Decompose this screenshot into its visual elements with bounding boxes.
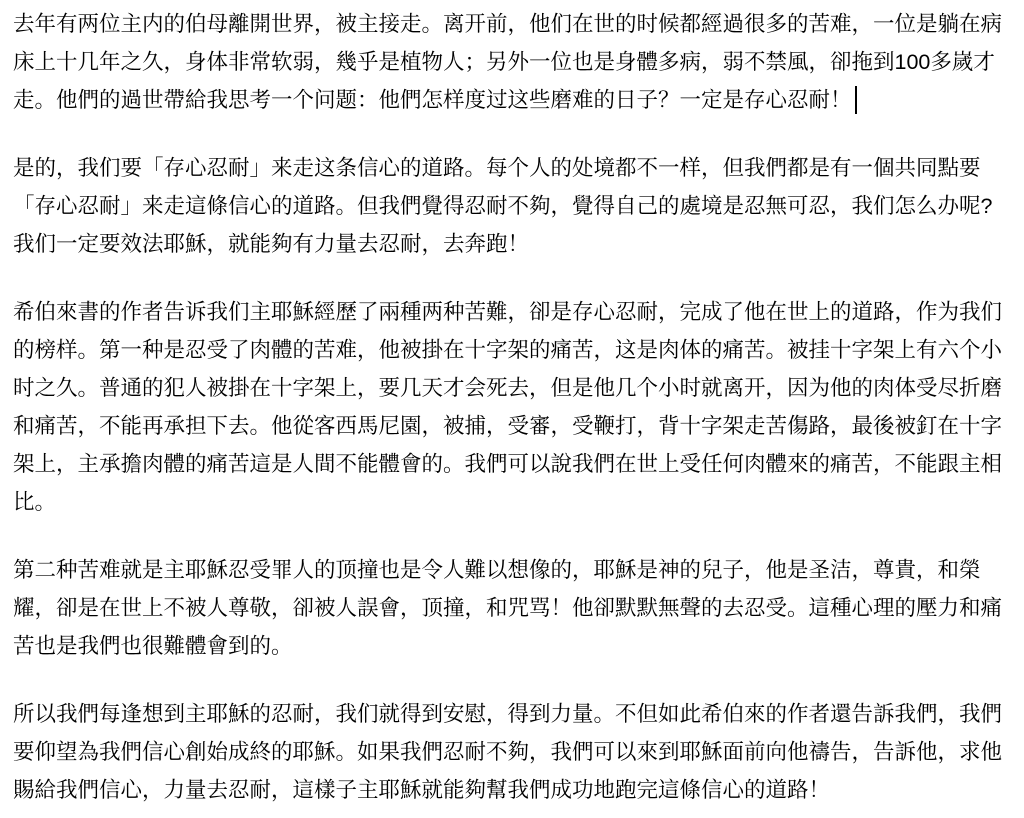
paragraph-2-text: 是的，我们要「存心忍耐」来走这条信心的道路。每个人的处境都不一样，但我們都是有一… [13, 156, 992, 256]
paragraph-4: 第二种苦难就是主耶穌忍受罪人的顶撞也是令人難以想像的，耶穌是神的兒子，他是圣洁，… [13, 551, 1008, 665]
paragraph-5: 所以我們每逢想到主耶穌的忍耐，我们就得到安慰，得到力量。不但如此希伯來的作者還告… [13, 695, 1008, 809]
document-body[interactable]: 去年有两位主内的伯母離開世界，被主接走。离开前，他们在世的时候都經過很多的苦难，… [0, 0, 1024, 818]
paragraph-1: 去年有两位主内的伯母離開世界，被主接走。离开前，他们在世的时候都經過很多的苦难，… [13, 5, 1008, 119]
paragraph-5-text: 所以我們每逢想到主耶穌的忍耐，我们就得到安慰，得到力量。不但如此希伯來的作者還告… [13, 702, 1002, 802]
paragraph-2: 是的，我们要「存心忍耐」来走这条信心的道路。每个人的处境都不一样，但我們都是有一… [13, 149, 1008, 263]
text-cursor [855, 86, 857, 114]
paragraph-3-text: 希伯來書的作者告诉我们主耶穌經歷了兩種两种苦難，卻是存心忍耐，完成了他在世上的道… [13, 300, 1002, 514]
paragraph-3: 希伯來書的作者告诉我们主耶穌經歷了兩種两种苦難，卻是存心忍耐，完成了他在世上的道… [13, 293, 1008, 521]
paragraph-4-text: 第二种苦难就是主耶穌忍受罪人的顶撞也是令人難以想像的，耶穌是神的兒子，他是圣洁，… [13, 558, 1002, 658]
